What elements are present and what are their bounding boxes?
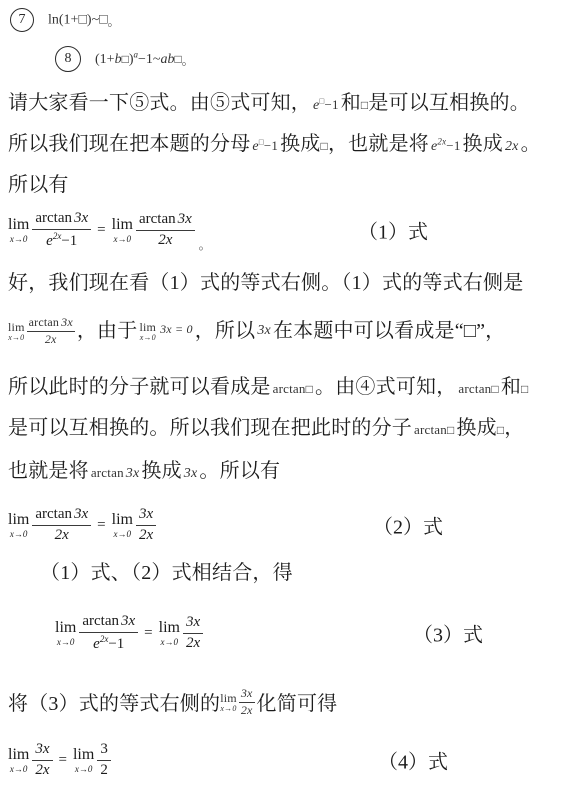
lim-word: lim: [8, 217, 29, 233]
rule-8-formula: (1+b□)a−1~ab□: [95, 52, 182, 67]
rule-8-ab: ab: [160, 52, 174, 67]
denominator-2x: 2x: [45, 332, 57, 347]
fraction-arctan3x-over-2x: arctan3x2x: [27, 316, 75, 347]
p2-text-m: 。所以有: [199, 460, 280, 482]
denominator-2: 2: [100, 761, 108, 779]
lim-word: lim: [112, 512, 133, 528]
var-3x: 3x: [61, 315, 73, 329]
limit-operator: limx→0: [8, 747, 29, 774]
var-2x: 2x: [505, 139, 519, 154]
paragraph-1-line-3: 所以有: [8, 172, 69, 199]
fn-arctan: arctan: [29, 315, 60, 329]
rule-8-square1: □: [122, 52, 129, 66]
minus-1: −1: [446, 138, 460, 153]
fn-arctan: arctan: [35, 210, 72, 226]
rule-7-formula: ln(1+□)~□: [48, 13, 108, 28]
inline-arctan-square: arctan□: [458, 382, 498, 397]
minus-1: −1: [324, 97, 338, 112]
numerator: arctan3x: [27, 316, 75, 332]
square-token: □: [491, 382, 498, 396]
lim-subscript: x→0: [140, 334, 156, 342]
equation-period: 。: [199, 236, 211, 253]
lim-word: lim: [55, 620, 76, 636]
fraction-3x-over-2x: 3x2x: [239, 687, 255, 718]
rule-7-number: 7: [19, 13, 26, 27]
circled-number-8: 8: [55, 46, 81, 72]
var-3x: 3x: [74, 506, 88, 522]
document-page: 7 ln(1+□)~□。 8 (1+b□)a−1~ab□。 请大家看一下⑤式。由…: [0, 0, 573, 796]
var-3x: 3x: [121, 613, 135, 629]
minus-1: −1: [61, 233, 77, 249]
denominator-2x: 2x: [158, 231, 172, 249]
lim-subscript: x→0: [8, 334, 24, 342]
p3-text: （1）式、（2）式相结合，得: [40, 562, 293, 584]
fraction-arctan3x-over-2x: arctan3x 2x: [136, 211, 195, 249]
numerator: arctan3x: [32, 506, 91, 525]
fraction-3x-over-2x: 3x 2x: [183, 614, 203, 652]
equation-label-1: （1）式: [358, 216, 428, 245]
lim-subscript: x→0: [10, 530, 28, 539]
var-3x: 3x: [74, 210, 88, 226]
lim-word: lim: [8, 747, 29, 763]
paragraph-2-line-4: 是可以互相换的。所以我们现在把此时的分子arctan□换成□，: [8, 415, 524, 442]
lim-word: lim: [8, 321, 25, 333]
p2-text-g: 和: [501, 376, 521, 398]
limit-operator: limx→0: [112, 217, 133, 244]
paragraph-1-line-1: 请大家看一下⑤式。由⑤式可知，e□−1和□是可以互相换的。: [8, 90, 530, 117]
p2-text-h: 是可以互相换的。所以我们现在把此时的分子: [8, 417, 412, 439]
rule-7-period: 。: [108, 15, 120, 29]
square-token: □: [321, 139, 328, 153]
paragraph-1-line-2: 所以我们现在把本题的分母e□−1换成□，也就是将e2x−1换成2x。: [8, 131, 541, 158]
p1-text-a: 请大家看一下⑤式。由⑤式可知，: [8, 92, 311, 114]
numerator-3x: 3x: [32, 741, 52, 760]
expr-3x-equals-0: 3x = 0: [160, 321, 193, 337]
p2-text-c: ，所以: [195, 318, 256, 345]
p2-text-l: 换成: [141, 460, 181, 482]
equals-sign: =: [97, 517, 105, 534]
fraction-3-over-2: 3 2: [97, 741, 111, 779]
rule-8-square2: □: [174, 52, 181, 66]
paragraph-2-line-5: 也就是将arctan3x换成3x。所以有: [8, 458, 280, 485]
inline-math-e-square: e□−1: [252, 139, 278, 154]
inline-arctan-square: arctan□: [273, 382, 313, 397]
fraction-arctan3x-over-e2x: arctan3x e2x−1: [79, 613, 138, 653]
lim-subscript: x→0: [57, 638, 75, 647]
equals-sign: =: [59, 752, 67, 769]
fraction-3x-over-2x: 3x 2x: [32, 741, 52, 779]
inline-math-e-2x: e2x−1: [431, 139, 461, 154]
p1-text-b: 和: [341, 92, 361, 114]
numerator-3x: 3x: [136, 506, 156, 525]
var-e: e: [93, 636, 100, 652]
var-3x: 3x: [178, 211, 192, 227]
p2-text-k: 也就是将: [8, 460, 89, 482]
paragraph-3: （1）式、（2）式相结合，得: [40, 560, 293, 587]
var-e: e: [46, 233, 53, 249]
fn-arctan: arctan: [35, 506, 72, 522]
inline-arctan-3x: arctan3x: [91, 466, 140, 481]
square-token: □: [306, 382, 313, 396]
p1-text-g: 换成: [463, 133, 503, 155]
equation-4-row: limx→0 3x 2x = limx→0 3 2 （4）式: [8, 733, 565, 787]
p2-text-d: 在本题中可以看成是“□”，: [273, 318, 505, 345]
limit-operator: limx→0: [8, 512, 29, 539]
var-3x: 3x: [126, 466, 140, 481]
p2-text-j: ，: [504, 417, 524, 439]
inline-lim-3x-equals-0: limx→0 3x = 0: [139, 321, 192, 342]
p1-text-c: 是可以互相换的。: [368, 92, 530, 114]
inline-math-e-square: e□−1: [313, 98, 339, 113]
p4-text-a: 将（3）式的等式右侧的: [8, 691, 220, 718]
lim-subscript: x→0: [114, 235, 132, 244]
p1-text-d: 所以我们现在把本题的分母: [8, 133, 250, 155]
equiv-rule-8: 8 (1+b□)a−1~ab□。: [55, 46, 194, 72]
lim-word: lim: [73, 747, 94, 763]
numerator: arctan3x: [136, 211, 195, 230]
lim-subscript: x→0: [10, 235, 28, 244]
p1-text-e: 换成: [280, 133, 320, 155]
inline-lim-fraction: limx→0 arctan3x2x: [8, 316, 75, 347]
limit-operator: limx→0: [8, 217, 29, 244]
paragraph-2-line-3: 所以此时的分子就可以看成是arctan□。由④式可知，arctan□和□: [8, 374, 528, 401]
inline-lim-fraction: limx→0 3x2x: [220, 687, 254, 718]
p1-text-i: 所以有: [8, 174, 69, 196]
equation-label-3: （3）式: [413, 619, 483, 648]
paragraph-4: 将（3）式的等式右侧的 limx→0 3x2x 化简可得: [8, 662, 337, 718]
lim-word: lim: [112, 217, 133, 233]
limit-operator: limx→0: [112, 512, 133, 539]
fn-arctan: arctan: [273, 381, 306, 396]
limit-operator: limx→0: [73, 747, 94, 774]
p2-text-i: 换成: [456, 417, 496, 439]
square-token: □: [447, 423, 454, 437]
fn-arctan: arctan: [458, 381, 491, 396]
fn-arctan: arctan: [91, 465, 124, 480]
rule-8-period: 。: [182, 54, 194, 68]
limit-operator: limx→0: [220, 692, 237, 713]
equals-sign: =: [97, 222, 105, 239]
limit-operator: limx→0: [8, 321, 25, 342]
lim-subscript: x→0: [10, 765, 28, 774]
fraction-3x-over-2x: 3x 2x: [136, 506, 156, 544]
denominator: e2x−1: [93, 633, 124, 653]
rule-8-number: 8: [65, 52, 72, 66]
denominator-2x: 2x: [241, 703, 253, 718]
lim-subscript: x→0: [220, 705, 236, 713]
p1-text-f: ，也就是将: [328, 133, 429, 155]
lim-subscript: x→0: [114, 530, 132, 539]
var-3x: 3x: [184, 466, 198, 481]
fraction-arctan3x-over-2x: arctan3x 2x: [32, 506, 91, 544]
inline-arctan-square: arctan□: [414, 423, 454, 438]
fn-arctan: arctan: [82, 613, 119, 629]
equation-1-row: limx→0 arctan3x e2x−1 = limx→0 arctan3x …: [8, 203, 565, 257]
minus-1: −1: [264, 138, 278, 153]
square-token: □: [521, 382, 528, 396]
denominator: e2x−1: [46, 230, 77, 250]
lim-subscript: x→0: [75, 765, 93, 774]
fn-arctan: arctan: [414, 422, 447, 437]
lim-word: lim: [8, 512, 29, 528]
p2-text-b: ，由于: [77, 318, 138, 345]
var-3x: 3x: [257, 322, 271, 341]
fraction-arctan3x-over-e2x: arctan3x e2x−1: [32, 210, 91, 250]
equation-2-row: limx→0 arctan3x 2x = limx→0 3x 2x （2）式: [8, 498, 565, 552]
lim-subscript: x→0: [161, 638, 179, 647]
denominator-2x: 2x: [55, 526, 69, 544]
denominator-2x: 2x: [35, 761, 49, 779]
circled-number-7: 7: [10, 8, 34, 32]
equation-label-2: （2）式: [373, 511, 443, 540]
numerator-3: 3: [97, 741, 111, 760]
fn-arctan: arctan: [139, 211, 176, 227]
lim-word: lim: [139, 321, 156, 333]
denominator-2x: 2x: [139, 526, 153, 544]
p2-text-f: 。由④式可知，: [315, 376, 456, 398]
rule-8-b: b: [115, 52, 122, 67]
equals-sign: =: [144, 625, 152, 642]
paragraph-2-line-1: 好，我们现在看（1）式的等式右侧。（1）式的等式右侧是: [8, 270, 523, 297]
numerator-3x: 3x: [183, 614, 203, 633]
lim-word: lim: [159, 620, 180, 636]
numerator: arctan3x: [79, 613, 138, 632]
p2-text-a: 好，我们现在看（1）式的等式右侧。（1）式的等式右侧是: [8, 272, 523, 294]
numerator-3x: 3x: [239, 687, 255, 703]
minus-1: −1: [108, 636, 124, 652]
rule-8-mid: −1~: [138, 52, 160, 67]
numerator: arctan3x: [32, 210, 91, 229]
p1-text-h: 。: [521, 133, 541, 155]
equiv-rule-7: 7 ln(1+□)~□。: [10, 8, 120, 32]
rule-8-pre: (1+: [95, 52, 115, 67]
limit-operator: limx→0: [159, 620, 180, 647]
equation-label-4: （4）式: [378, 746, 448, 775]
limit-operator: limx→0: [55, 620, 76, 647]
p4-text-b: 化简可得: [257, 691, 338, 718]
denominator-2x: 2x: [186, 634, 200, 652]
lim-word: lim: [220, 692, 237, 704]
p2-text-e: 所以此时的分子就可以看成是: [8, 376, 271, 398]
equation-3-row: limx→0 arctan3x e2x−1 = limx→0 3x 2x （3）…: [55, 606, 565, 660]
limit-operator: limx→0: [139, 321, 156, 342]
paragraph-2-line-2: limx→0 arctan3x2x ，由于 limx→0 3x = 0 ，所以 …: [8, 305, 505, 357]
sup-2x: 2x: [437, 136, 446, 146]
